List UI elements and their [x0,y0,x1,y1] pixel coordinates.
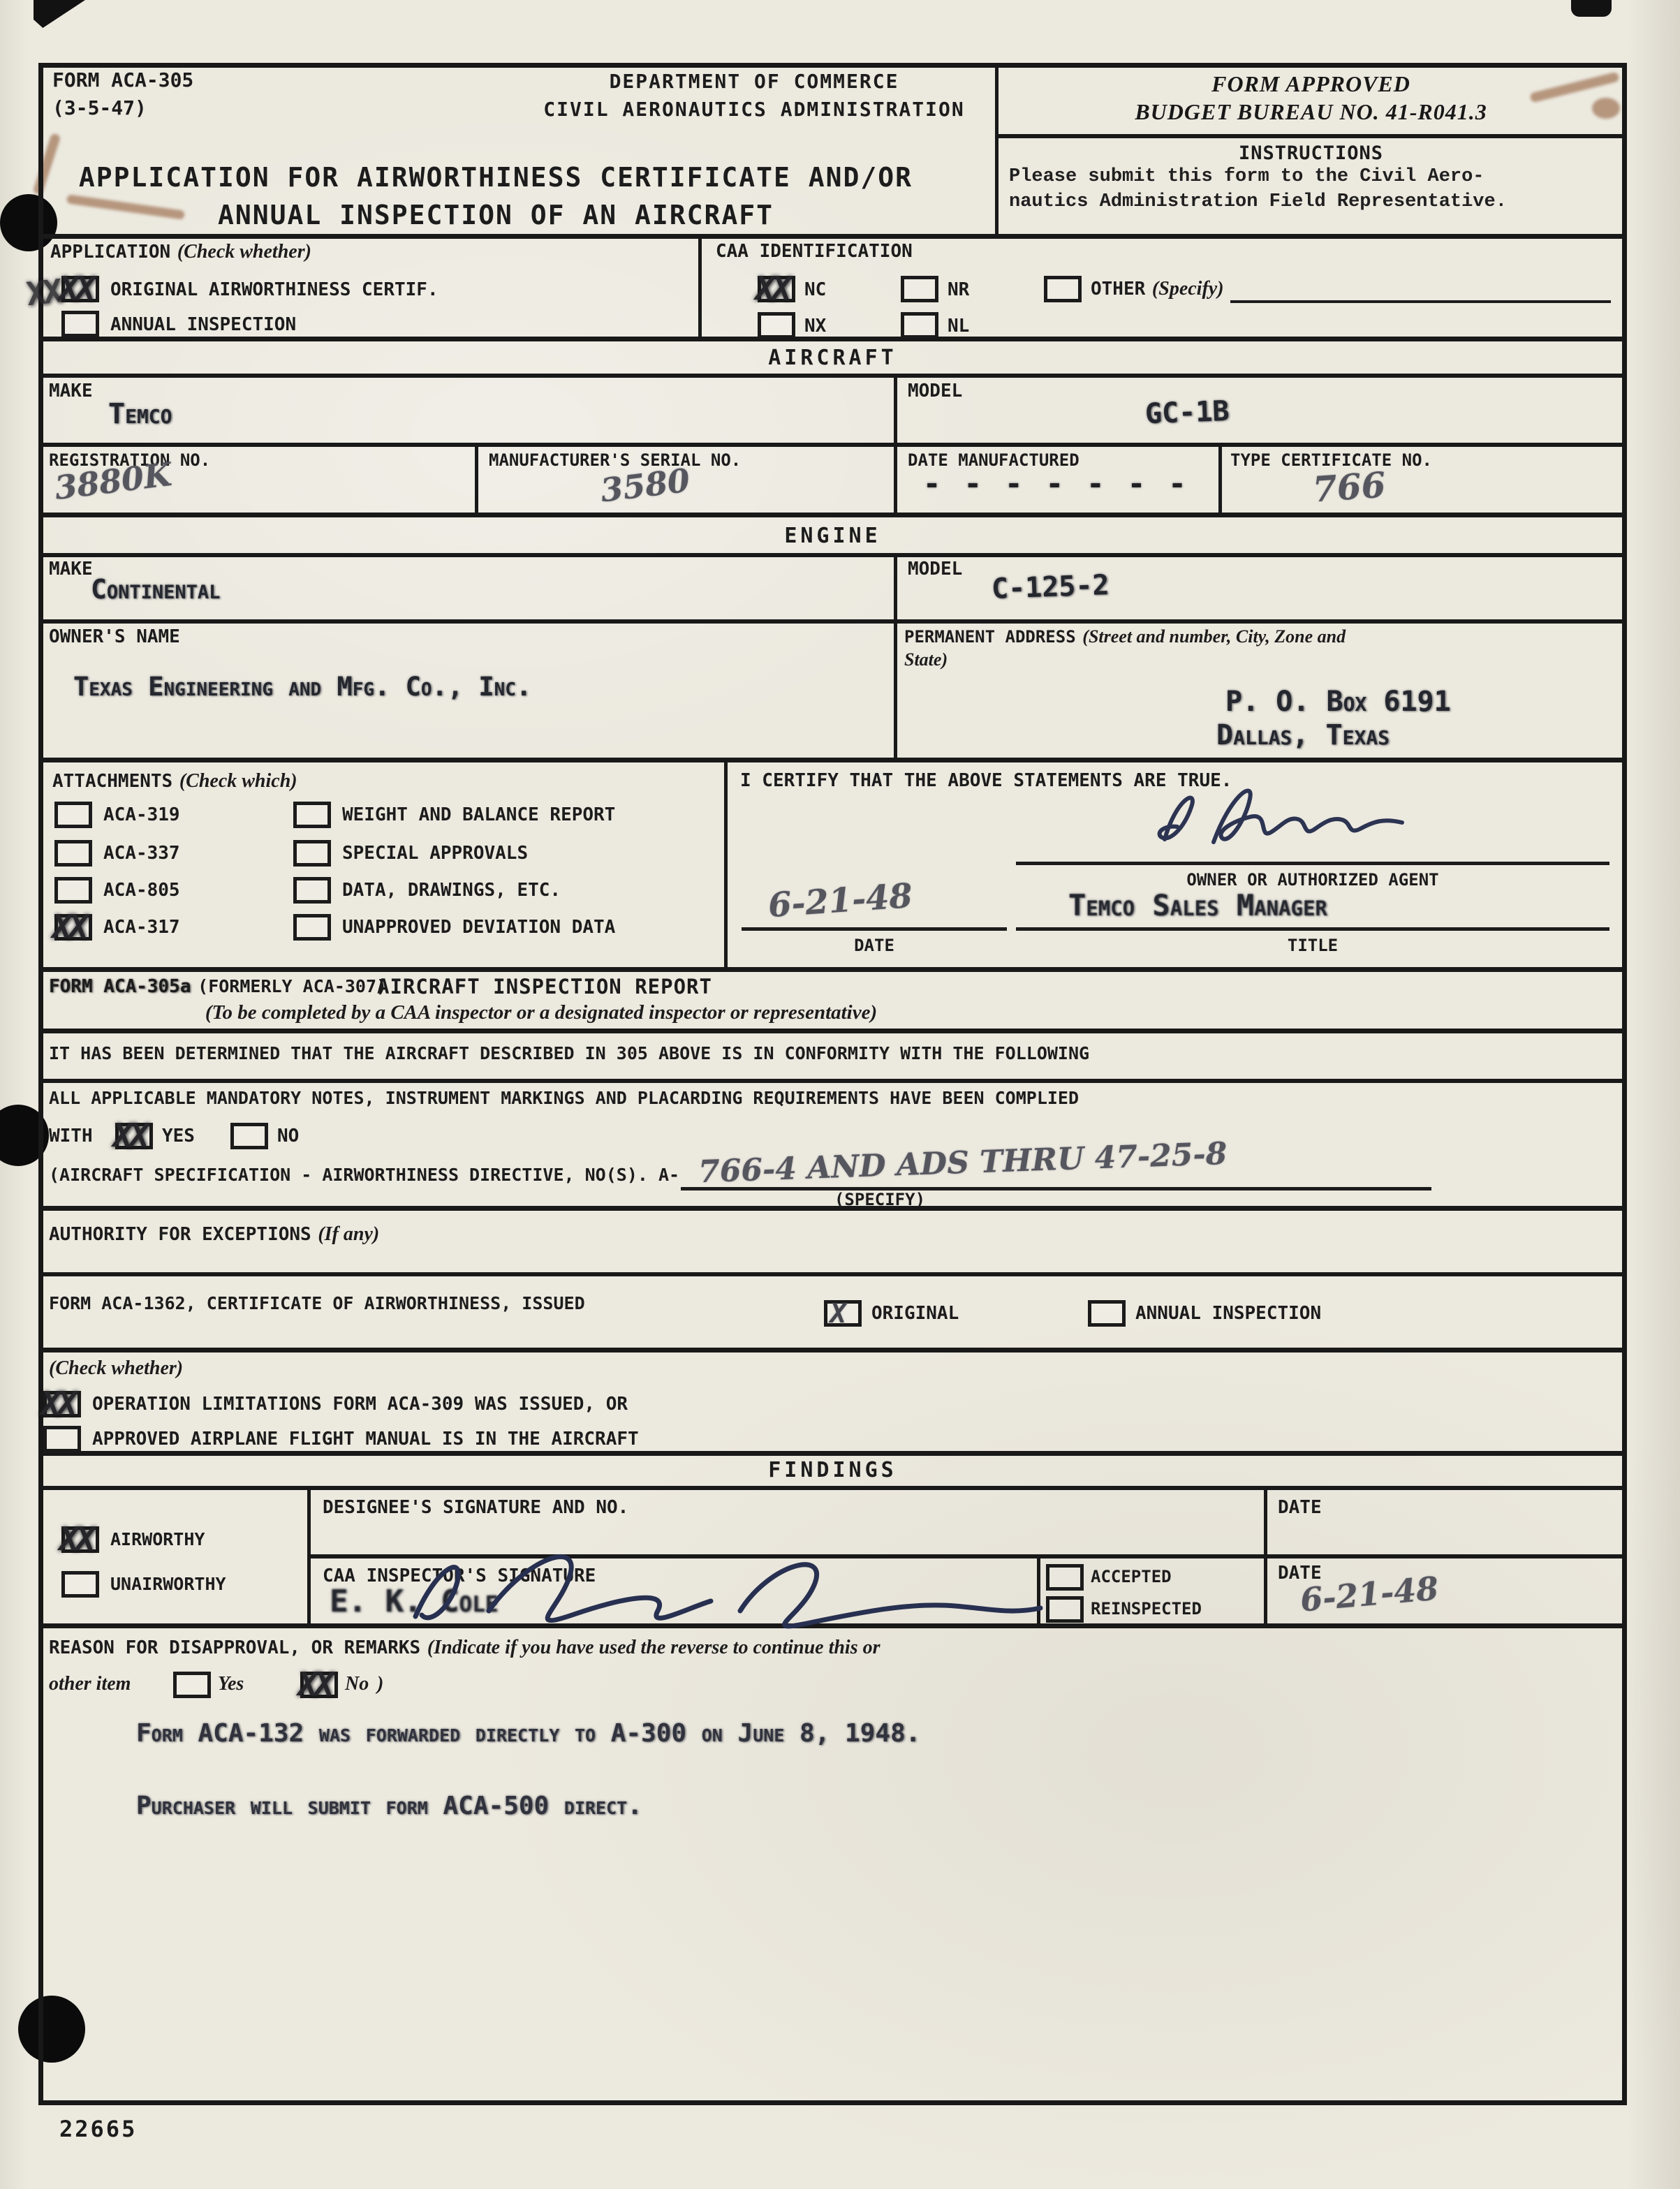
authority-italic: (If any) [318,1223,379,1245]
checkbox-unairworthy [61,1571,99,1598]
attachments-label: ATTACHMENTS (Check which) [52,770,297,793]
checkbox-aca-805 [54,877,92,904]
checkbox-airworthy: XX [61,1526,99,1553]
checkbox-complied-no [230,1123,268,1149]
instructions-line-1: Please submit this form to the Civil Aer… [1009,166,1484,187]
application-label-italic: (Check whether) [177,241,311,263]
inspection-subtitle: (To be completed by a CAA inspector or a… [105,1001,978,1024]
specify-caption: (SPECIFY) [740,1190,1019,1209]
option-nc: NC [804,279,826,300]
issued-annual-label: ANNUAL INSPECTION [1135,1303,1321,1324]
attachment-doc-unapproved-deviation: UNAPPROVED DEVIATION DATA [342,917,615,938]
owner-name-label: OWNER'S NAME [49,626,180,647]
airworthy-label: AIRWORTHY [110,1529,205,1549]
checkbox-other [1044,276,1082,302]
checkbox-annual-inspection [61,311,99,337]
scan-corner-mark [1571,0,1612,17]
findings-section-title: FINDINGS [38,1458,1627,1482]
option-nl: NL [948,316,969,337]
page-number: 22665 [59,2116,137,2142]
checkbox-issued-annual [1088,1300,1126,1327]
stray-stamp-mark: XX [24,272,61,314]
checkbox-nl [901,312,938,339]
serial-label: MANUFACTURER'S SERIAL NO. [489,450,741,470]
form-revision: (3-5-47) [52,96,147,119]
remark-line-1: Form ACA-132 was forwarded directly to A… [136,1719,920,1748]
instructions-title: INSTRUCTIONS [999,142,1623,164]
option-original-airworthiness: ORIGINAL AIRWORTHINESS CERTIF. [110,279,439,300]
unairworthy-label: UNAIRWORTHY [110,1574,226,1594]
checkbox-accepted [1046,1564,1084,1591]
approved-line-1: FORM APPROVED [999,71,1623,97]
owner-name-value: Texas Engineering and Mfg. Co., Inc. [73,672,531,702]
attachment-code-aca-319: ACA-319 [103,804,180,825]
attachments-label-italic: (Check which) [179,770,297,792]
option-nx: NX [804,316,826,337]
inspection-title: AIRCRAFT INSPECTION REPORT [300,975,789,998]
certification-date-caption: DATE [742,936,1007,955]
checkbox-operation-limitations: XX [43,1391,81,1417]
checkbox-unapproved-deviation [293,914,331,941]
engine-make-label: MAKE [49,559,93,580]
checkbox-original-airworthiness: XX [61,276,99,302]
certification-title-line [1016,898,1609,931]
agency-line-1: DEPARTMENT OF COMMERCE [419,70,1089,93]
reinspected-label: REINSPECTED [1091,1599,1202,1619]
approved-line-2: BUDGET BUREAU NO. 41-R041.3 [999,99,1623,125]
certification-date-line [742,898,1007,931]
aircraft-section-title: AIRCRAFT [38,346,1627,370]
checkbox-complied-yes: XX [115,1123,153,1149]
check-whether-label: (Check whether) [49,1357,183,1380]
option-other: OTHER (Specify) [1091,278,1224,300]
checkbox-flight-manual [43,1426,81,1452]
aircraft-model-value: GC-1B [1144,395,1230,430]
attachment-doc-data-drawings: DATA, DRAWINGS, ETC. [342,880,561,901]
checkbox-nr [901,276,938,302]
date-manufactured-value: - - - - - - - [923,466,1189,501]
owner-signature-line [1016,832,1609,865]
option-nr: NR [948,279,969,300]
owner-address-line-2: Dallas, Texas [1216,719,1390,751]
form-number: FORM ACA-305 [52,68,193,91]
attachment-doc-weight-balance: WEIGHT AND BALANCE REPORT [342,804,615,825]
checkbox-issued-original: X [824,1300,862,1327]
compliance-statement: ALL APPLICABLE MANDATORY NOTES, INSTRUME… [49,1088,1079,1108]
checkbox-aca-337 [54,840,92,867]
owner-address-line-1: P. O. Box 6191 [1225,686,1451,718]
instructions-line-2: nautics Administration Field Representat… [1009,191,1507,212]
aircraft-make-label: MAKE [49,381,93,401]
agency-line-2: CIVIL AERONAUTICS ADMINISTRATION [419,98,1089,121]
checkbox-reinspected [1046,1596,1084,1623]
attachment-code-aca-805: ACA-805 [103,880,180,901]
other-specify-italic: (Specify) [1152,278,1224,300]
engine-model-label: MODEL [908,559,962,580]
checkbox-special-approvals [293,840,331,867]
remark-line-2: Purchaser will submit form ACA-500 direc… [136,1792,642,1820]
checkbox-aca-317: XX [54,914,92,941]
authority-exceptions-label: AUTHORITY FOR EXCEPTIONS (If any) [49,1223,379,1246]
attachment-doc-special-approvals: SPECIAL APPROVALS [342,843,528,864]
flight-manual-label: APPROVED AIRPLANE FLIGHT MANUAL IS IN TH… [92,1429,639,1450]
checkbox-data-drawings [293,877,331,904]
reverse-close-paren: ) [377,1673,383,1695]
address-label-italic-1: (Street and number, City, Zone and [1082,626,1346,647]
application-section-label: APPLICATION (Check whether) [50,241,311,263]
reason-remarks-label: REASON FOR DISAPPROVAL, OR REMARKS (Indi… [49,1637,880,1659]
complied-yes-label: YES [162,1126,195,1147]
check-mark: XX [59,270,92,307]
reason-italic-1: (Indicate if you have used the reverse t… [427,1637,880,1658]
attachment-code-aca-337: ACA-337 [103,843,180,864]
compliance-with-label: WITH [49,1126,93,1147]
engine-make-value: Continental [91,574,220,605]
permanent-address-label: PERMANENT ADDRESS (Street and number, Ci… [904,626,1346,647]
issued-original-label: ORIGINAL [871,1303,959,1324]
other-specify-line [1230,272,1611,303]
scan-corner-mark [34,0,85,28]
reason-italic-2: other item [49,1673,131,1695]
accepted-label: ACCEPTED [1091,1567,1172,1586]
aircraft-make-value: Temco [108,398,172,430]
checkbox-reverse-no: XX [300,1672,338,1698]
engine-section-title: ENGINE [38,524,1627,548]
form-title-line-1: APPLICATION FOR AIRWORTHINESS CERTIFICAT… [42,162,950,193]
checkbox-reverse-yes [173,1672,211,1698]
option-annual-inspection: ANNUAL INSPECTION [110,314,296,335]
cert-issued-label: FORM ACA-1362, CERTIFICATE OF AIRWORTHIN… [49,1293,585,1313]
complied-no-label: NO [277,1126,299,1147]
designee-date-label: DATE [1278,1497,1322,1518]
inspector-signature [377,1547,1075,1634]
owner-agent-caption: OWNER OR AUTHORIZED AGENT [1016,870,1609,890]
caa-identification-label: CAA IDENTIFICATION [716,241,913,262]
scanned-form-page: FORM ACA-305 (3-5-47) DEPARTMENT OF COMM… [0,0,1680,2189]
address-label-italic-2: State) [904,649,948,670]
form-title-line-2: ANNUAL INSPECTION OF AN AIRCRAFT [42,200,950,230]
operation-limitations-label: OPERATION LIMITATIONS FORM ACA-309 WAS I… [92,1394,628,1415]
engine-model-value: C-125-2 [991,569,1110,605]
type-certificate-value: 766 [1311,464,1387,510]
checkbox-nx [758,312,795,339]
certification-title-caption: TITLE [1016,936,1609,955]
checkbox-nc: XX [758,276,795,302]
designee-signature-label: DESIGNEE'S SIGNATURE AND NO. [323,1497,628,1518]
reverse-yes-label: Yes [218,1673,244,1695]
attachment-code-aca-317: ACA-317 [103,917,180,938]
checkbox-weight-balance [293,802,331,828]
spec-directive-line [681,1156,1431,1191]
checkbox-aca-319 [54,802,92,828]
reverse-no-label: No [345,1673,369,1695]
aircraft-model-label: MODEL [908,381,962,401]
determined-statement: IT HAS BEEN DETERMINED THAT THE AIRCRAFT… [49,1043,1089,1063]
spec-directive-label: (AIRCRAFT SPECIFICATION - AIRWORTHINESS … [49,1165,679,1185]
